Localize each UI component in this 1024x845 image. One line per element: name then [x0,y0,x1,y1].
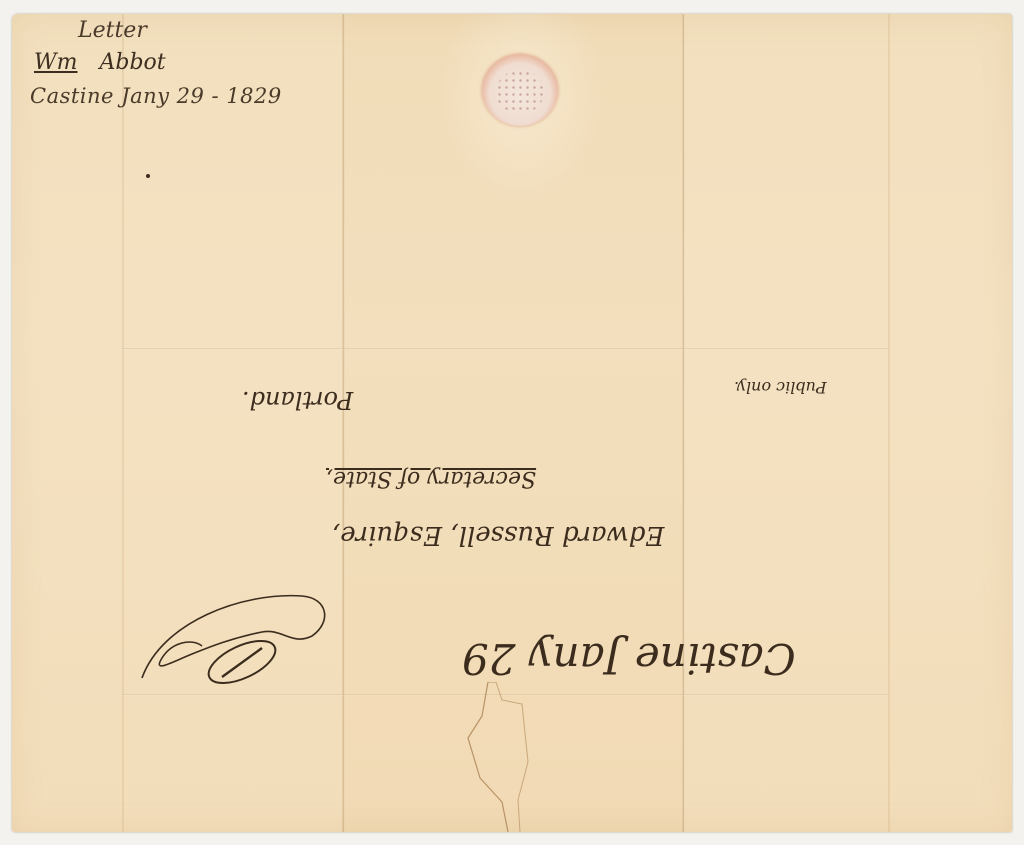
ink-speck [146,174,150,178]
address-title: Secretary of State, [326,466,536,491]
fold-line-inner-left [122,14,124,832]
address-name: Edward Russell, Esquire, [332,520,664,550]
fold-line-right [682,14,685,832]
fold-line-left [342,14,345,832]
address-city: Portland. [242,386,353,414]
postmark: Castine Jany 29 [462,634,796,683]
right-panel [684,14,1012,832]
fold-line-inner-right [888,14,890,832]
fold-line-middle [122,348,888,350]
wax-seal [482,54,558,126]
left-panel [12,14,342,832]
paper-tear [462,682,552,832]
docket-sender-name: Abbot [99,50,165,75]
pen-flourish-icon [132,582,332,692]
docket-sender-abbr: Wm [34,50,77,75]
address-note: Public only. [734,378,827,397]
docket-letter: Letter [78,18,147,43]
docket-place-date: Castine Jany 29 - 1829 [30,84,282,108]
seal-impression [496,70,544,114]
docket-sender: WmAbbot [34,50,166,75]
letter-sheet: Letter WmAbbot Castine Jany 29 - 1829 Pu… [12,14,1012,832]
